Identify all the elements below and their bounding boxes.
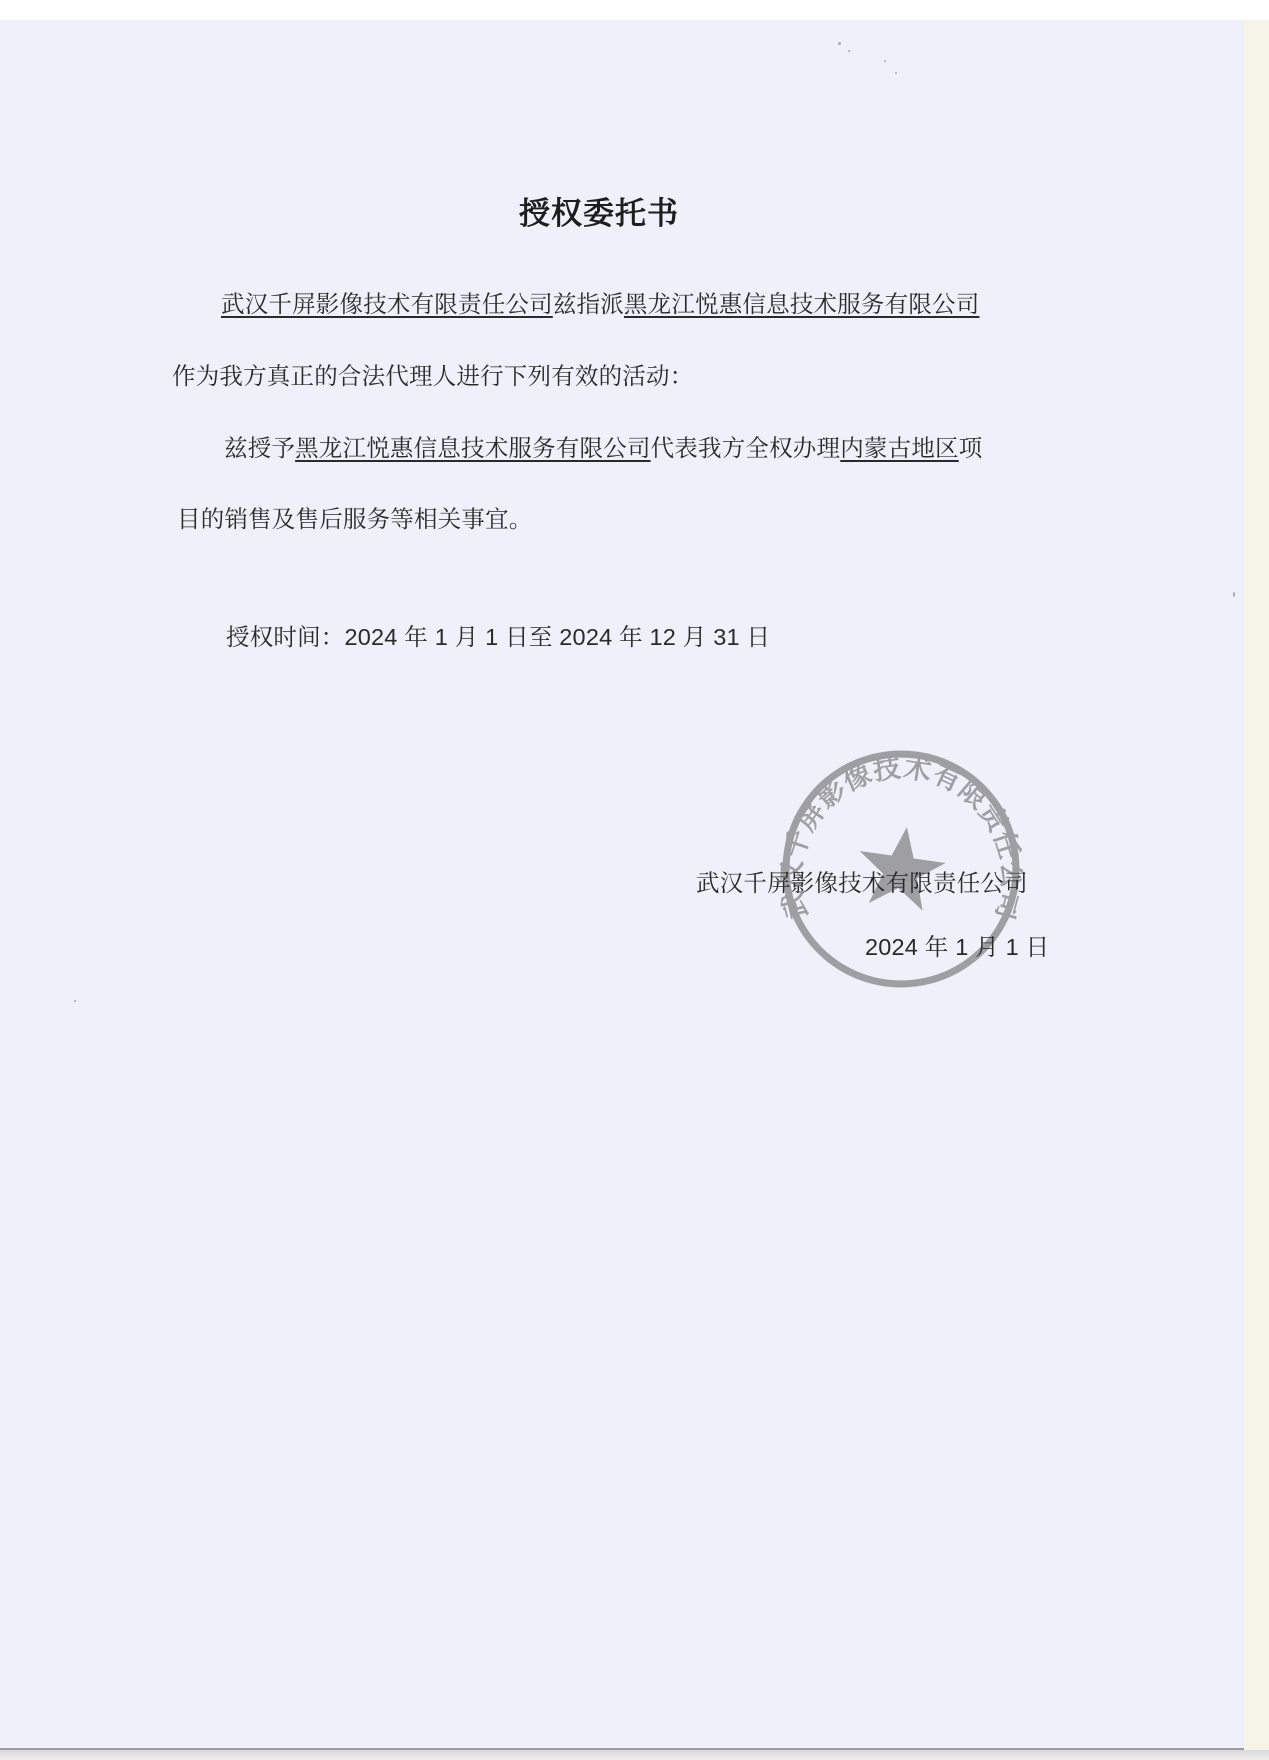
authorization-period-value: 2024 年 1 月 1 日至 2024 年 12 月 31 日 — [345, 624, 771, 650]
grant-middle: 代表我方全权办理 — [651, 434, 841, 462]
scan-top-margin — [0, 0, 1269, 20]
agent-name: 黑龙江悦惠信息技术服务有限公司 — [295, 434, 651, 462]
scan-speck — [884, 60, 886, 62]
scan-speck — [838, 42, 841, 45]
scan-right-margin — [1244, 20, 1269, 1760]
scan-speck — [1233, 592, 1235, 597]
authorization-period: 授权时间：2024 年 1 月 1 日至 2024 年 12 月 31 日 — [226, 618, 770, 652]
grant-prefix: 兹授予 — [224, 434, 295, 462]
scan-speck — [74, 1000, 76, 1002]
signature-company: 武汉千屏影像技术有限责任公司 — [696, 864, 1028, 898]
scan-bottom-margin — [0, 1750, 1269, 1760]
authorization-period-label: 授权时间： — [226, 623, 345, 651]
scan-speck — [895, 72, 897, 74]
agent-name: 黑龙江悦惠信息技术服务有限公司 — [624, 290, 980, 318]
document-page — [0, 20, 1244, 1750]
connector-text: 兹指派 — [553, 290, 624, 318]
scan-speck — [848, 50, 850, 52]
paragraph1-line1: 武汉千屏影像技术有限责任公司兹指派黑龙江悦惠信息技术服务有限公司 — [221, 285, 979, 319]
document-title: 授权委托书 — [0, 188, 1198, 233]
grantor-name: 武汉千屏影像技术有限责任公司 — [221, 290, 553, 318]
region-name: 内蒙古地区 — [840, 434, 959, 462]
grant-suffix: 项 — [959, 434, 983, 462]
signature-date: 2024 年 1 月 1 日 — [865, 928, 1049, 962]
paragraph2-line2: 目的销售及售后服务等相关事宜。 — [177, 500, 533, 534]
paragraph2-line1: 兹授予黑龙江悦惠信息技术服务有限公司代表我方全权办理内蒙古地区项 — [224, 429, 982, 463]
paragraph1-line2: 作为我方真正的合法代理人进行下列有效的活动： — [172, 357, 693, 391]
